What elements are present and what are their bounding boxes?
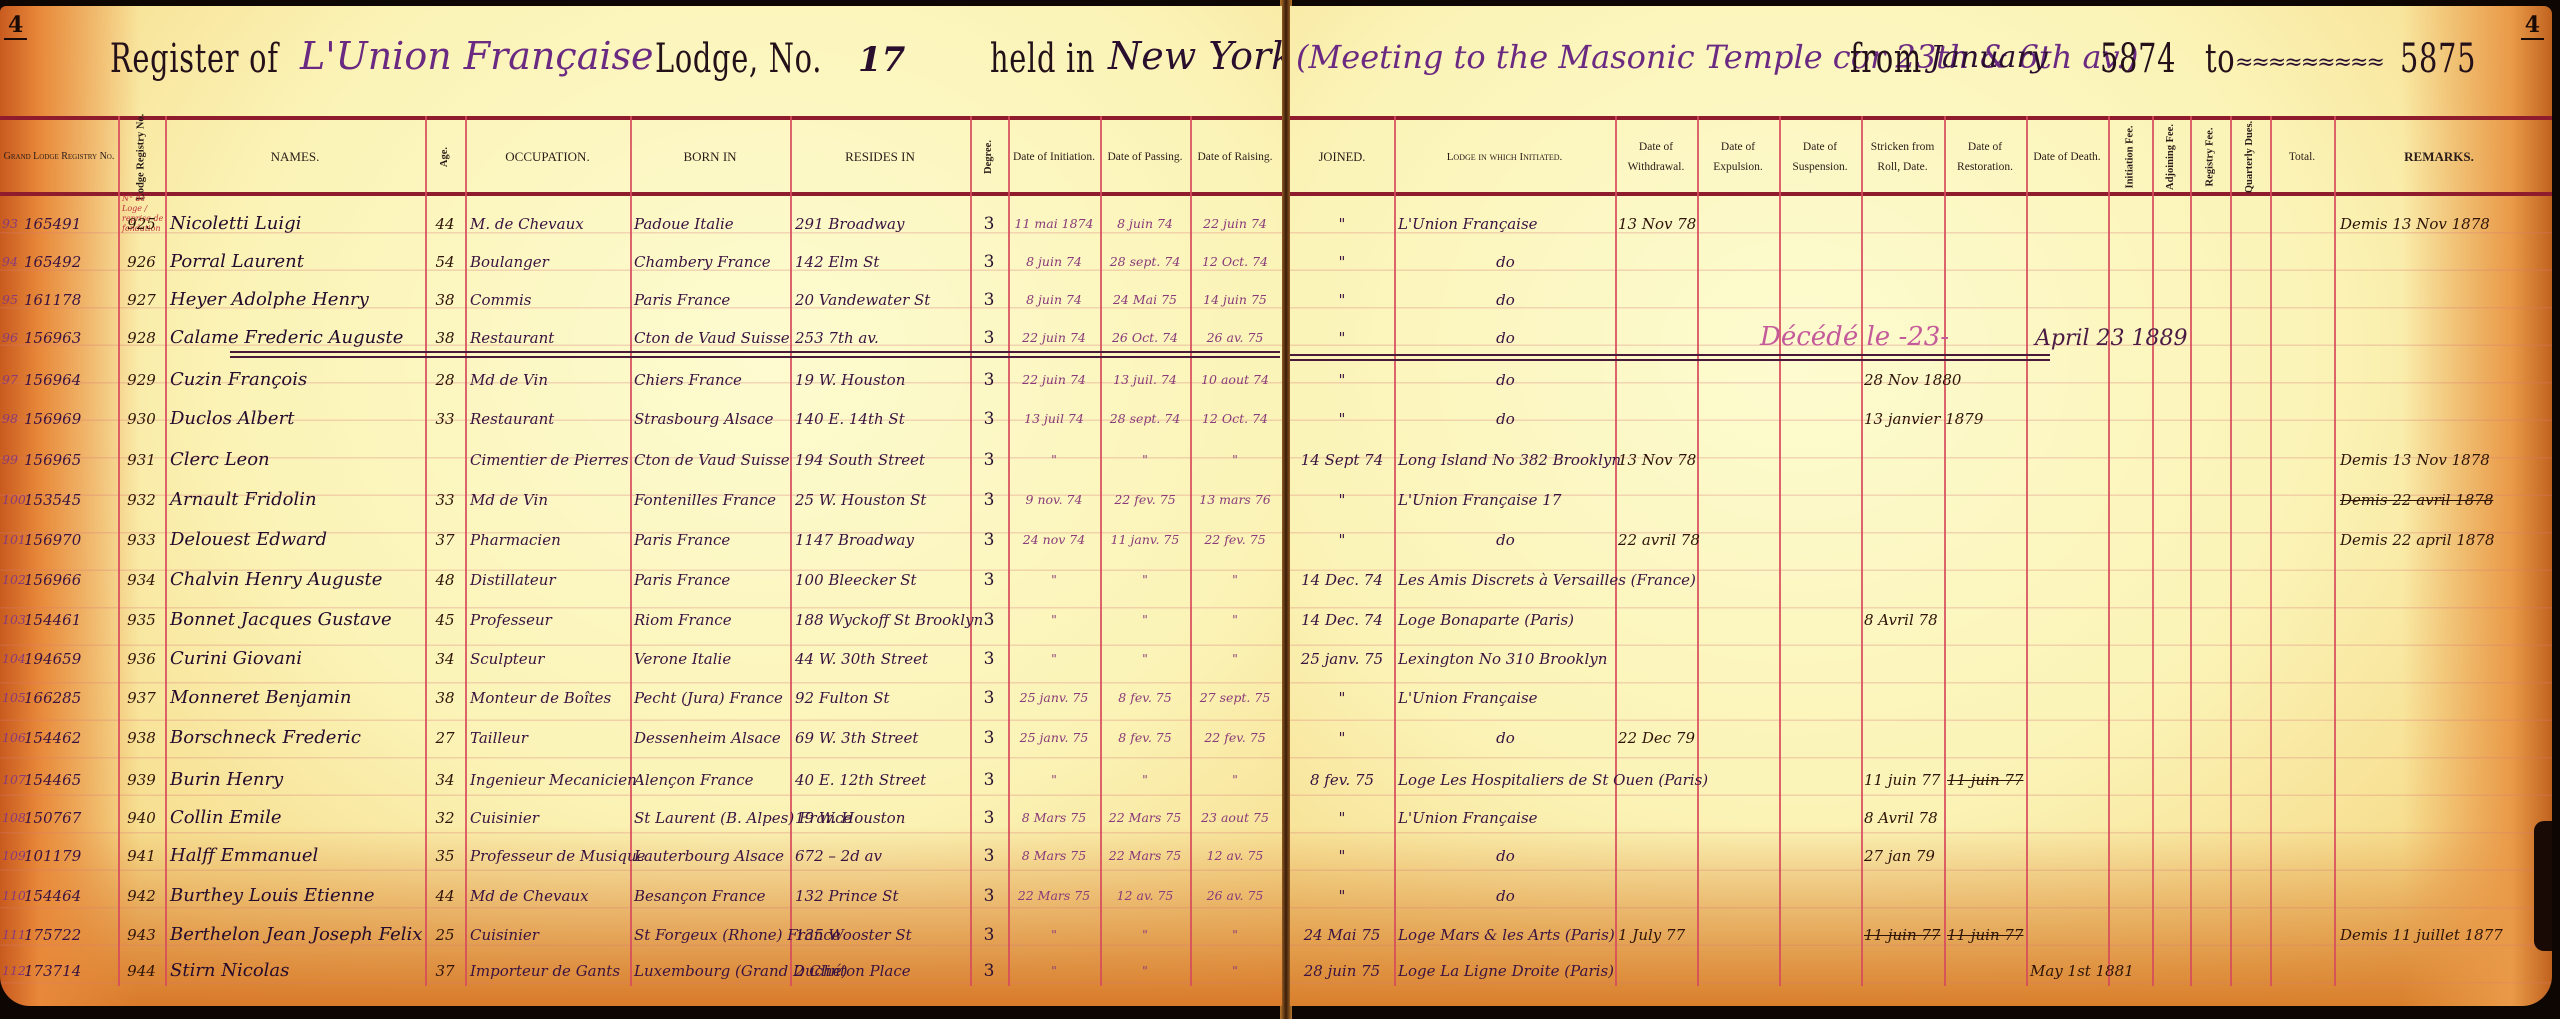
- margin-number: 97: [2, 362, 22, 398]
- born-in: Pecht (Jura) France: [634, 680, 788, 716]
- degree: 3: [970, 320, 1008, 356]
- date-withdrawal: [1618, 953, 1698, 989]
- occupation: Professeur de Musique: [470, 838, 628, 874]
- margin-number: 108: [2, 800, 22, 836]
- date-raising: 12 Oct. 74: [1190, 401, 1280, 437]
- date-initiation: ": [1008, 917, 1100, 953]
- grand-lodge-registry-no: 153545: [24, 482, 116, 518]
- age: 38: [425, 282, 465, 318]
- age: 33: [425, 401, 465, 437]
- date-withdrawal: [1618, 641, 1698, 677]
- stricken-date: [1864, 680, 1946, 716]
- from-label: from: [1850, 36, 1922, 82]
- date-passing: 22 fev. 75: [1100, 482, 1190, 518]
- stricken-date: [1864, 562, 1946, 598]
- occupation: Commis: [470, 282, 628, 318]
- resides-in: 92 Fulton St: [795, 680, 967, 716]
- resides-in: 19 W. Houston: [795, 800, 967, 836]
- lodge-registry-no: 943: [118, 917, 165, 953]
- date-initiation: 24 nov 74: [1008, 522, 1100, 558]
- col-lodge-initiated: Lodge in which Initiated.: [1394, 118, 1615, 196]
- margin-number: 95: [2, 282, 22, 318]
- born-in: Dessenheim Alsace: [634, 720, 788, 756]
- lodge-initiated: do: [1398, 720, 1613, 756]
- age: 33: [425, 482, 465, 518]
- stricken-date: [1864, 282, 1946, 318]
- joined: 14 Dec. 74: [1290, 562, 1394, 598]
- date-death: [2030, 762, 2120, 798]
- date-passing: 13 juil. 74: [1100, 362, 1190, 398]
- held-in-label: held in: [990, 36, 1095, 82]
- occupation: Cuisinier: [470, 800, 628, 836]
- col-joined: JOINED.: [1290, 118, 1394, 196]
- remarks: [2340, 800, 2540, 836]
- date-initiation: 22 juin 74: [1008, 320, 1100, 356]
- member-name: Burthey Louis Etienne: [170, 878, 420, 914]
- col-registry-fee: Registry Fee.: [2190, 118, 2230, 196]
- date-withdrawal: 22 avril 78: [1618, 522, 1698, 558]
- born-in: Riom France: [634, 602, 788, 638]
- date-initiation: ": [1008, 602, 1100, 638]
- age: 34: [425, 641, 465, 677]
- date-withdrawal: [1618, 762, 1698, 798]
- age: 37: [425, 522, 465, 558]
- degree: 3: [970, 442, 1008, 478]
- to-label: to: [2205, 36, 2235, 82]
- col-date-raising: Date of Raising.: [1190, 118, 1280, 196]
- remarks: [2340, 362, 2540, 398]
- grand-lodge-registry-no: 156964: [24, 362, 116, 398]
- lodge-initiated: do: [1398, 282, 1613, 318]
- lodge-registry-no: 926: [118, 244, 165, 280]
- age: 44: [425, 206, 465, 242]
- date-passing: ": [1100, 602, 1190, 638]
- resides-in: 2 Clinton Place: [795, 953, 967, 989]
- date-restoration: [1947, 244, 2027, 280]
- resides-in: 69 W. 3th Street: [795, 720, 967, 756]
- grand-lodge-registry-no: 156966: [24, 562, 116, 598]
- stricken-date: 8 Avril 78: [1864, 800, 1946, 836]
- to-flourish: ≈≈≈≈≈≈≈≈≈: [2235, 50, 2383, 75]
- degree: 3: [970, 401, 1008, 437]
- age: 38: [425, 320, 465, 356]
- lodge-initiated: do: [1398, 320, 1613, 356]
- born-in: Paris France: [634, 282, 788, 318]
- lodge-registry-no: 925: [118, 206, 165, 242]
- degree: 3: [970, 562, 1008, 598]
- date-initiation: 11 mai 1874: [1008, 206, 1100, 242]
- margin-number: 99: [2, 442, 22, 478]
- occupation: Cuisinier: [470, 917, 628, 953]
- joined: 14 Sept 74: [1290, 442, 1394, 478]
- resides-in: 672 – 2d av: [795, 838, 967, 874]
- age: 44: [425, 878, 465, 914]
- remarks: [2340, 282, 2540, 318]
- date-passing: 8 fev. 75: [1100, 720, 1190, 756]
- occupation: Md de Vin: [470, 362, 628, 398]
- joined: ": [1290, 244, 1394, 280]
- lodge-initiated: Loge Mars & les Arts (Paris): [1398, 917, 1613, 953]
- degree: 3: [970, 720, 1008, 756]
- date-restoration: [1947, 602, 2027, 638]
- col-occupation: OCCUPATION.: [465, 118, 630, 196]
- occupation: Restaurant: [470, 401, 628, 437]
- born-in: Lauterbourg Alsace: [634, 838, 788, 874]
- date-withdrawal: [1618, 680, 1698, 716]
- born-in: Chiers France: [634, 362, 788, 398]
- degree: 3: [970, 522, 1008, 558]
- date-restoration: [1947, 680, 2027, 716]
- age: 38: [425, 680, 465, 716]
- lodge-initiated: Loge Bonaparte (Paris): [1398, 602, 1613, 638]
- col-adjoining-fee: Adjoining Fee.: [2152, 118, 2190, 196]
- grand-lodge-registry-no: 154462: [24, 720, 116, 756]
- lodge-registry-no: 941: [118, 838, 165, 874]
- remarks: [2340, 953, 2540, 989]
- date-initiation: ": [1008, 762, 1100, 798]
- joined: 14 Dec. 74: [1290, 602, 1394, 638]
- member-name: Curini Giovani: [170, 641, 420, 677]
- stricken-date: [1864, 720, 1946, 756]
- member-name: Stirn Nicolas: [170, 953, 420, 989]
- page-number-right: 4: [2521, 12, 2544, 40]
- member-name: Calame Frederic Auguste: [170, 320, 420, 356]
- occupation: Distillateur: [470, 562, 628, 598]
- occupation: Md de Chevaux: [470, 878, 628, 914]
- date-restoration: [1947, 320, 2027, 356]
- lodge-initiated: Les Amis Discrets à Versailles (France): [1398, 562, 1613, 598]
- date-restoration: [1947, 838, 2027, 874]
- grand-lodge-registry-no: 173714: [24, 953, 116, 989]
- date-restoration: [1947, 878, 2027, 914]
- date-initiation: 13 juil 74: [1008, 401, 1100, 437]
- joined: ": [1290, 206, 1394, 242]
- age: 45: [425, 602, 465, 638]
- born-in: St Laurent (B. Alpes) France: [634, 800, 788, 836]
- stricken-date: [1864, 244, 1946, 280]
- date-raising: 26 av. 75: [1190, 878, 1280, 914]
- date-restoration: [1947, 522, 2027, 558]
- born-in: Cton de Vaud Suisse: [634, 442, 788, 478]
- date-withdrawal: 1 July 77: [1618, 917, 1698, 953]
- date-death: [2030, 442, 2120, 478]
- resides-in: 140 E. 14th St: [795, 401, 967, 437]
- date-withdrawal: [1618, 362, 1698, 398]
- date-raising: ": [1190, 762, 1280, 798]
- stricken-date: [1864, 206, 1946, 242]
- date-death: May 1st 1881: [2030, 953, 2120, 989]
- member-name: Halff Emmanuel: [170, 838, 420, 874]
- remarks: Demis 11 juillet 1877: [2340, 917, 2540, 953]
- book-tab: [2534, 821, 2552, 951]
- resides-in: 132 Prince St: [795, 878, 967, 914]
- lodge-initiated: Lexington No 310 Brooklyn: [1398, 641, 1613, 677]
- stricken-date: [1864, 953, 1946, 989]
- remarks: [2340, 562, 2540, 598]
- resides-in: 19 W. Houston: [795, 362, 967, 398]
- date-passing: ": [1100, 917, 1190, 953]
- occupation: Monteur de Boîtes: [470, 680, 628, 716]
- date-withdrawal: [1618, 878, 1698, 914]
- born-in: Paris France: [634, 562, 788, 598]
- date-raising: 12 av. 75: [1190, 838, 1280, 874]
- lodge-registry-no: 936: [118, 641, 165, 677]
- margin-number: 103: [2, 602, 22, 638]
- from-year-wrap: 5874: [2100, 36, 2206, 82]
- degree: 3: [970, 602, 1008, 638]
- joined: ": [1290, 320, 1394, 356]
- date-raising: ": [1190, 917, 1280, 953]
- resides-in: 291 Broadway: [795, 206, 967, 242]
- date-restoration: [1947, 720, 2027, 756]
- member-name: Borschneck Frederic: [170, 720, 420, 756]
- lodge-registry-no: 929: [118, 362, 165, 398]
- resides-in: 194 South Street: [795, 442, 967, 478]
- date-passing: 8 fev. 75: [1100, 680, 1190, 716]
- date-death: [2030, 522, 2120, 558]
- degree: 3: [970, 362, 1008, 398]
- date-withdrawal: [1618, 320, 1698, 356]
- born-in: Fontenilles France: [634, 482, 788, 518]
- grand-lodge-registry-no: 150767: [24, 800, 116, 836]
- date-passing: 26 Oct. 74: [1100, 320, 1190, 356]
- lodge-initiated: L'Union Française: [1398, 206, 1613, 242]
- lodge-registry-no: 935: [118, 602, 165, 638]
- date-death: [2030, 320, 2120, 356]
- member-name: Chalvin Henry Auguste: [170, 562, 420, 598]
- stricken-date: 27 jan 79: [1864, 838, 1946, 874]
- margin-number: 110: [2, 878, 22, 914]
- col-date-expulsion: Date of Expulsion.: [1697, 118, 1779, 196]
- occupation: Importeur de Gants: [470, 953, 628, 989]
- col-date-withdrawal: Date of Withdrawal.: [1615, 118, 1697, 196]
- margin-number: 106: [2, 720, 22, 756]
- degree: 3: [970, 917, 1008, 953]
- born-in: Besançon France: [634, 878, 788, 914]
- date-withdrawal: [1618, 602, 1698, 638]
- member-name: Delouest Edward: [170, 522, 420, 558]
- lodge-registry-no: 939: [118, 762, 165, 798]
- age: 32: [425, 800, 465, 836]
- date-death: [2030, 482, 2120, 518]
- joined: ": [1290, 362, 1394, 398]
- from-month: January: [1930, 40, 2048, 75]
- margin-number: 112: [2, 953, 22, 989]
- date-initiation: 8 juin 74: [1008, 282, 1100, 318]
- grand-lodge-registry-no: 166285: [24, 680, 116, 716]
- remarks: [2340, 762, 2540, 798]
- date-withdrawal: [1618, 482, 1698, 518]
- lodge-label-wrap: Lodge, No.: [655, 36, 887, 82]
- right-page: 4 (Meeting to the Masonic Temple cor 23t…: [1290, 6, 2552, 1006]
- col-date-death: Date of Death.: [2026, 118, 2108, 196]
- stricken-date: [1864, 641, 1946, 677]
- date-passing: ": [1100, 762, 1190, 798]
- lodge-name: L'Union Française: [300, 34, 654, 78]
- resides-in: 253 7th av.: [795, 320, 967, 356]
- occupation: Pharmacien: [470, 522, 628, 558]
- date-initiation: 25 janv. 75: [1008, 680, 1100, 716]
- date-restoration: [1947, 362, 2027, 398]
- date-restoration: [1947, 641, 2027, 677]
- lodge-registry-no: 932: [118, 482, 165, 518]
- remarks: Demis 22 avril 1878: [2340, 482, 2540, 518]
- joined: ": [1290, 878, 1394, 914]
- remarks: Demis 13 Nov 1878: [2340, 206, 2540, 242]
- degree: 3: [970, 206, 1008, 242]
- remarks: [2340, 320, 2540, 356]
- date-passing: 24 Mai 75: [1100, 282, 1190, 318]
- born-in: Cton de Vaud Suisse: [634, 320, 788, 356]
- member-name: Bonnet Jacques Gustave: [170, 602, 420, 638]
- col-quarterly-dues: Quarterly Dues.: [2230, 118, 2270, 196]
- date-death: [2030, 680, 2120, 716]
- col-names: NAMES.: [165, 118, 425, 196]
- grand-lodge-registry-no: 156965: [24, 442, 116, 478]
- date-passing: ": [1100, 641, 1190, 677]
- date-initiation: 8 juin 74: [1008, 244, 1100, 280]
- member-name: Porral Laurent: [170, 244, 420, 280]
- date-raising: 13 mars 76: [1190, 482, 1280, 518]
- stricken-date: 11 juin 77: [1864, 917, 1946, 953]
- date-raising: 12 Oct. 74: [1190, 244, 1280, 280]
- col-date-suspension: Date of Suspension.: [1779, 118, 1861, 196]
- date-restoration: [1947, 953, 2027, 989]
- stricken-date: 11 juin 77: [1864, 762, 1946, 798]
- age: 27: [425, 720, 465, 756]
- date-death: [2030, 641, 2120, 677]
- margin-number: 107: [2, 762, 22, 798]
- date-restoration: [1947, 800, 2027, 836]
- lodge-initiated: do: [1398, 878, 1613, 914]
- lodge-registry-no: 933: [118, 522, 165, 558]
- date-withdrawal: [1618, 838, 1698, 874]
- date-raising: 22 fev. 75: [1190, 522, 1280, 558]
- date-passing: 8 juin 74: [1100, 206, 1190, 242]
- member-name: Heyer Adolphe Henry: [170, 282, 420, 318]
- born-in: Padoue Italie: [634, 206, 788, 242]
- date-withdrawal: 22 Dec 79: [1618, 720, 1698, 756]
- stricken-date: [1864, 878, 1946, 914]
- margin-number: 96: [2, 320, 22, 356]
- from-year: 5874: [2100, 36, 2176, 82]
- date-withdrawal: [1618, 800, 1698, 836]
- date-restoration: [1947, 442, 2027, 478]
- stricken-date: 8 Avril 78: [1864, 602, 1946, 638]
- col-born-in: BORN IN: [630, 118, 790, 196]
- age: 48: [425, 562, 465, 598]
- occupation: Ingenieur Mecanicien: [470, 762, 628, 798]
- stricken-date: [1864, 320, 1946, 356]
- col-date-passing: Date of Passing.: [1100, 118, 1190, 196]
- date-passing: 22 Mars 75: [1100, 800, 1190, 836]
- joined: 28 juin 75: [1290, 953, 1394, 989]
- date-passing: ": [1100, 442, 1190, 478]
- col-lodge-registry: Lodge Registry No.: [118, 118, 165, 196]
- occupation: Cimentier de Pierres: [470, 442, 628, 478]
- resides-in: 100 Bleecker St: [795, 562, 967, 598]
- grand-lodge-registry-no: 165491: [24, 206, 116, 242]
- date-passing: 11 janv. 75: [1100, 522, 1190, 558]
- remarks: Demis 13 Nov 1878: [2340, 442, 2540, 478]
- date-death: [2030, 244, 2120, 280]
- date-withdrawal: [1618, 401, 1698, 437]
- remarks: [2340, 602, 2540, 638]
- grand-lodge-registry-no: 165492: [24, 244, 116, 280]
- date-restoration: 11 juin 77: [1947, 917, 2027, 953]
- joined: ": [1290, 680, 1394, 716]
- remarks: [2340, 641, 2540, 677]
- col-remarks: REMARKS.: [2334, 118, 2544, 196]
- date-withdrawal: [1618, 282, 1698, 318]
- born-in: Strasbourg Alsace: [634, 401, 788, 437]
- grand-lodge-registry-no: 156963: [24, 320, 116, 356]
- col-initiation-fee: Initiation Fee.: [2108, 118, 2152, 196]
- date-raising: 23 aout 75: [1190, 800, 1280, 836]
- margin-number: 100: [2, 482, 22, 518]
- stricken-date: [1864, 482, 1946, 518]
- joined: ": [1290, 800, 1394, 836]
- lodge-initiated: Long Island No 382 Brooklyn: [1398, 442, 1613, 478]
- col-total: Total.: [2270, 118, 2334, 196]
- degree: 3: [970, 800, 1008, 836]
- date-initiation: 8 Mars 75: [1008, 800, 1100, 836]
- member-name: Berthelon Jean Joseph Felix: [170, 917, 420, 953]
- col-degree: Degree.: [970, 118, 1008, 196]
- age: 35: [425, 838, 465, 874]
- stricken-date: [1864, 522, 1946, 558]
- resides-in: 40 E. 12th Street: [795, 762, 967, 798]
- degree: 3: [970, 762, 1008, 798]
- remarks: [2340, 878, 2540, 914]
- lodge-initiated: do: [1398, 362, 1613, 398]
- grand-lodge-registry-no: 101179: [24, 838, 116, 874]
- degree: 3: [970, 482, 1008, 518]
- date-initiation: 22 Mars 75: [1008, 878, 1100, 914]
- page-number-left: 4: [4, 12, 27, 40]
- stricken-date: 13 janvier 1879: [1864, 401, 1946, 437]
- date-raising: 27 sept. 75: [1190, 680, 1280, 716]
- member-name: Collin Emile: [170, 800, 420, 836]
- margin-number: 93: [2, 206, 22, 242]
- joined: ": [1290, 282, 1394, 318]
- degree: 3: [970, 244, 1008, 280]
- date-initiation: ": [1008, 641, 1100, 677]
- lodge-initiated: do: [1398, 838, 1613, 874]
- age: 28: [425, 362, 465, 398]
- member-name: Nicoletti Luigi: [170, 206, 420, 242]
- grand-lodge-registry-no: 175722: [24, 917, 116, 953]
- date-initiation: 8 Mars 75: [1008, 838, 1100, 874]
- date-passing: ": [1100, 562, 1190, 598]
- date-raising: ": [1190, 602, 1280, 638]
- grand-lodge-registry-no: 161178: [24, 282, 116, 318]
- lodge-registry-no: 937: [118, 680, 165, 716]
- degree: 3: [970, 838, 1008, 874]
- date-initiation: ": [1008, 442, 1100, 478]
- stricken-date: [1864, 442, 1946, 478]
- col-resides-in: RESIDES IN: [790, 118, 970, 196]
- resides-in: 188 Wyckoff St Brooklyn: [795, 602, 967, 638]
- register-of-label: Register of: [110, 36, 279, 82]
- remarks: [2340, 401, 2540, 437]
- date-withdrawal: 13 Nov 78: [1618, 206, 1698, 242]
- date-initiation: 9 nov. 74: [1008, 482, 1100, 518]
- stricken-date: 28 Nov 1880: [1864, 362, 1946, 398]
- date-raising: 10 aout 74: [1190, 362, 1280, 398]
- date-raising: ": [1190, 442, 1280, 478]
- date-raising: 14 juin 75: [1190, 282, 1280, 318]
